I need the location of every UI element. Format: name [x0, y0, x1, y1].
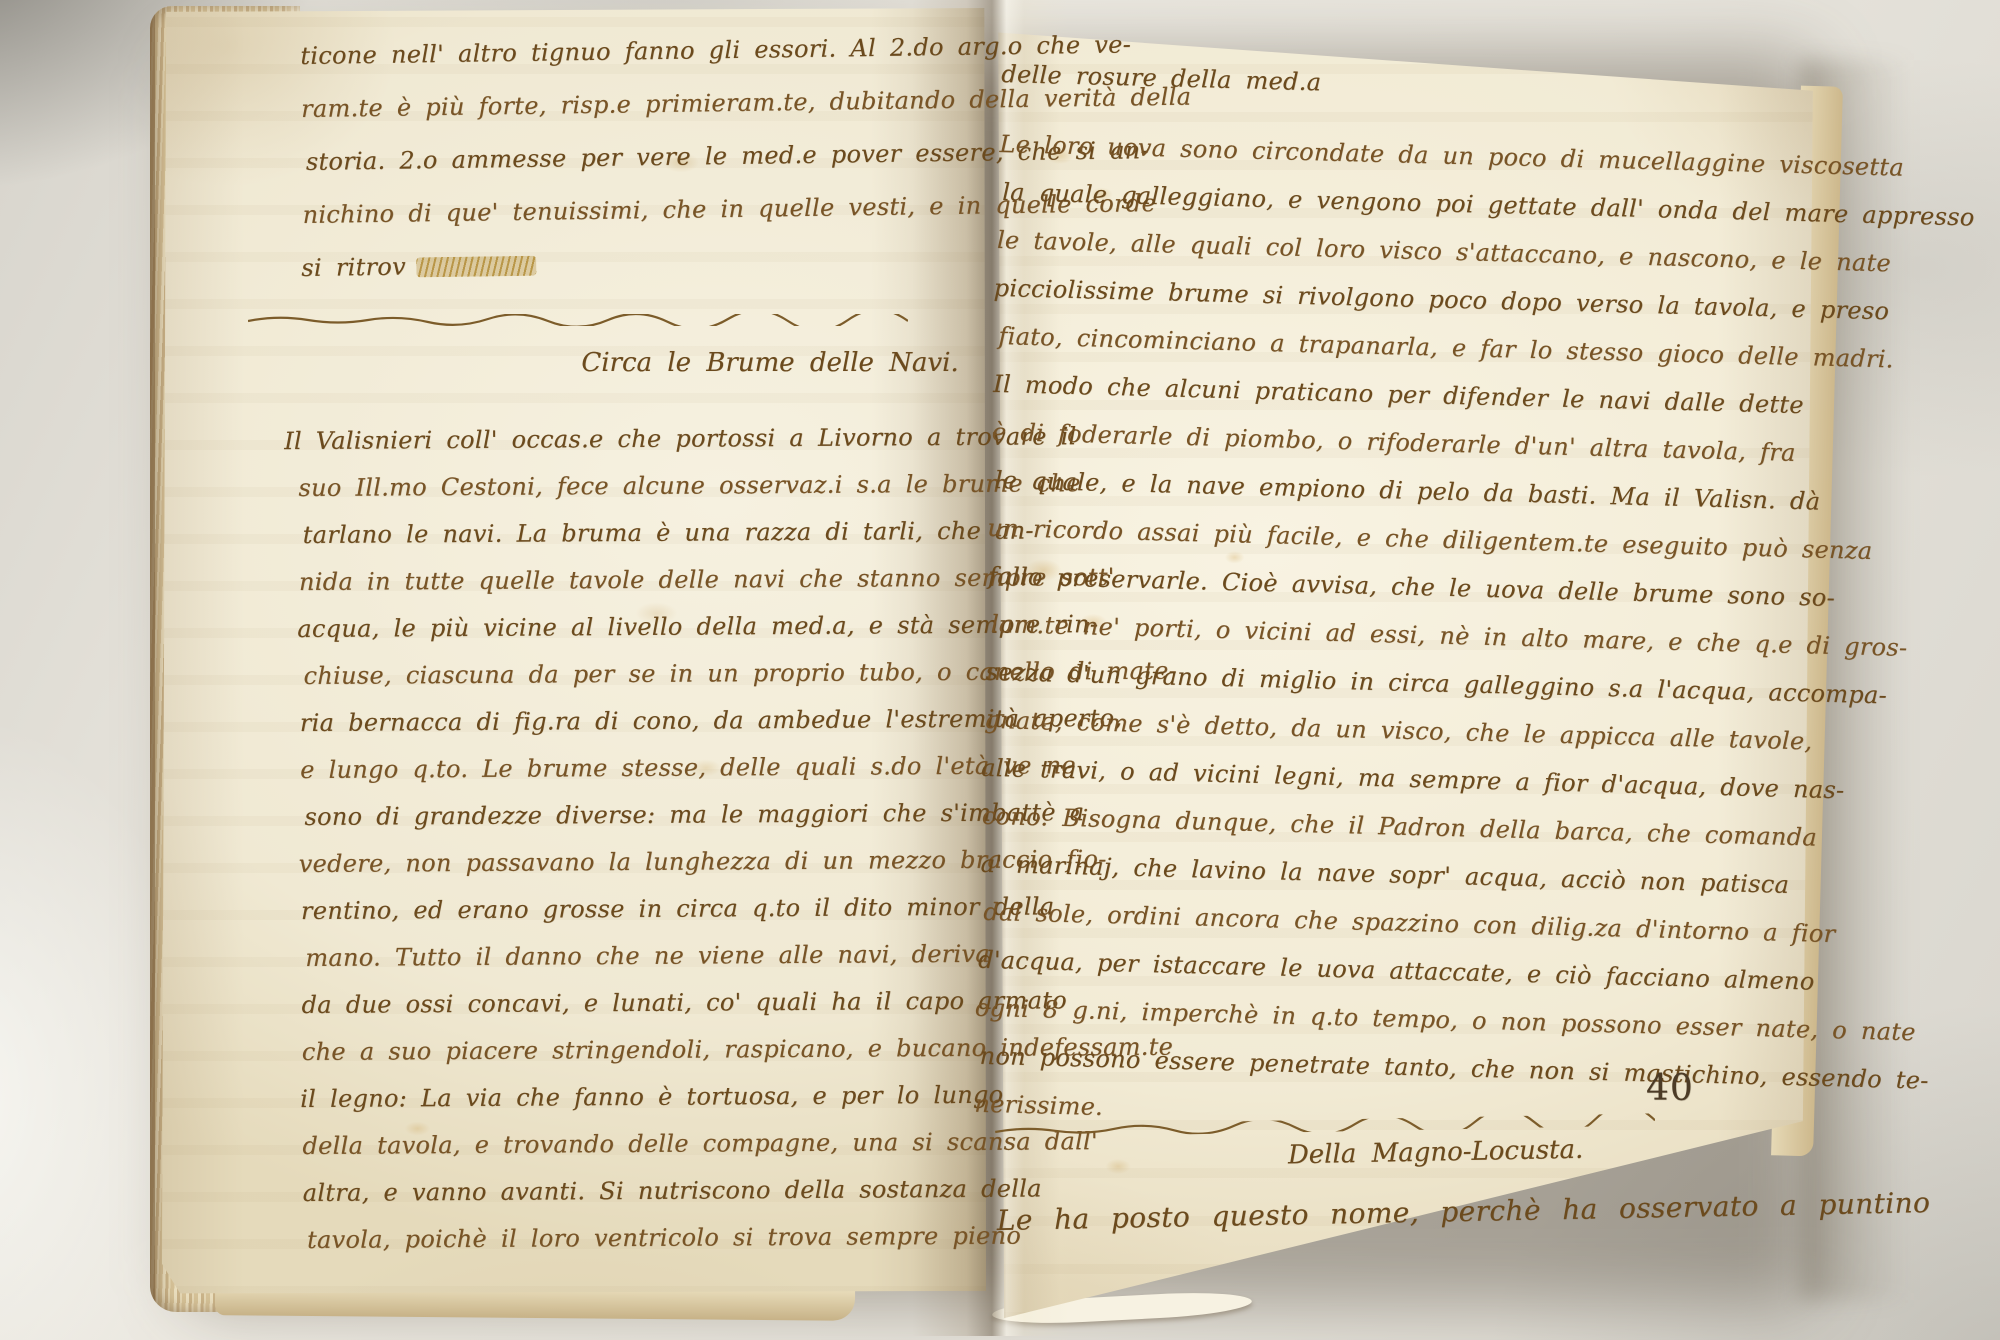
right-page-next-section: Della Magno-Locusta. Le ha posto questo …	[995, 1113, 1657, 1237]
scribbled-out-word	[416, 256, 536, 278]
wavy-ink-rule-icon	[248, 314, 908, 326]
left-page-ink-rule	[248, 314, 908, 326]
manuscript-line-text: si ritrov	[301, 253, 406, 282]
page-number: 40	[1646, 1068, 1694, 1109]
right-page-body-paragraphs: delle rosure della med.a Le loro uova so…	[974, 50, 1978, 1153]
